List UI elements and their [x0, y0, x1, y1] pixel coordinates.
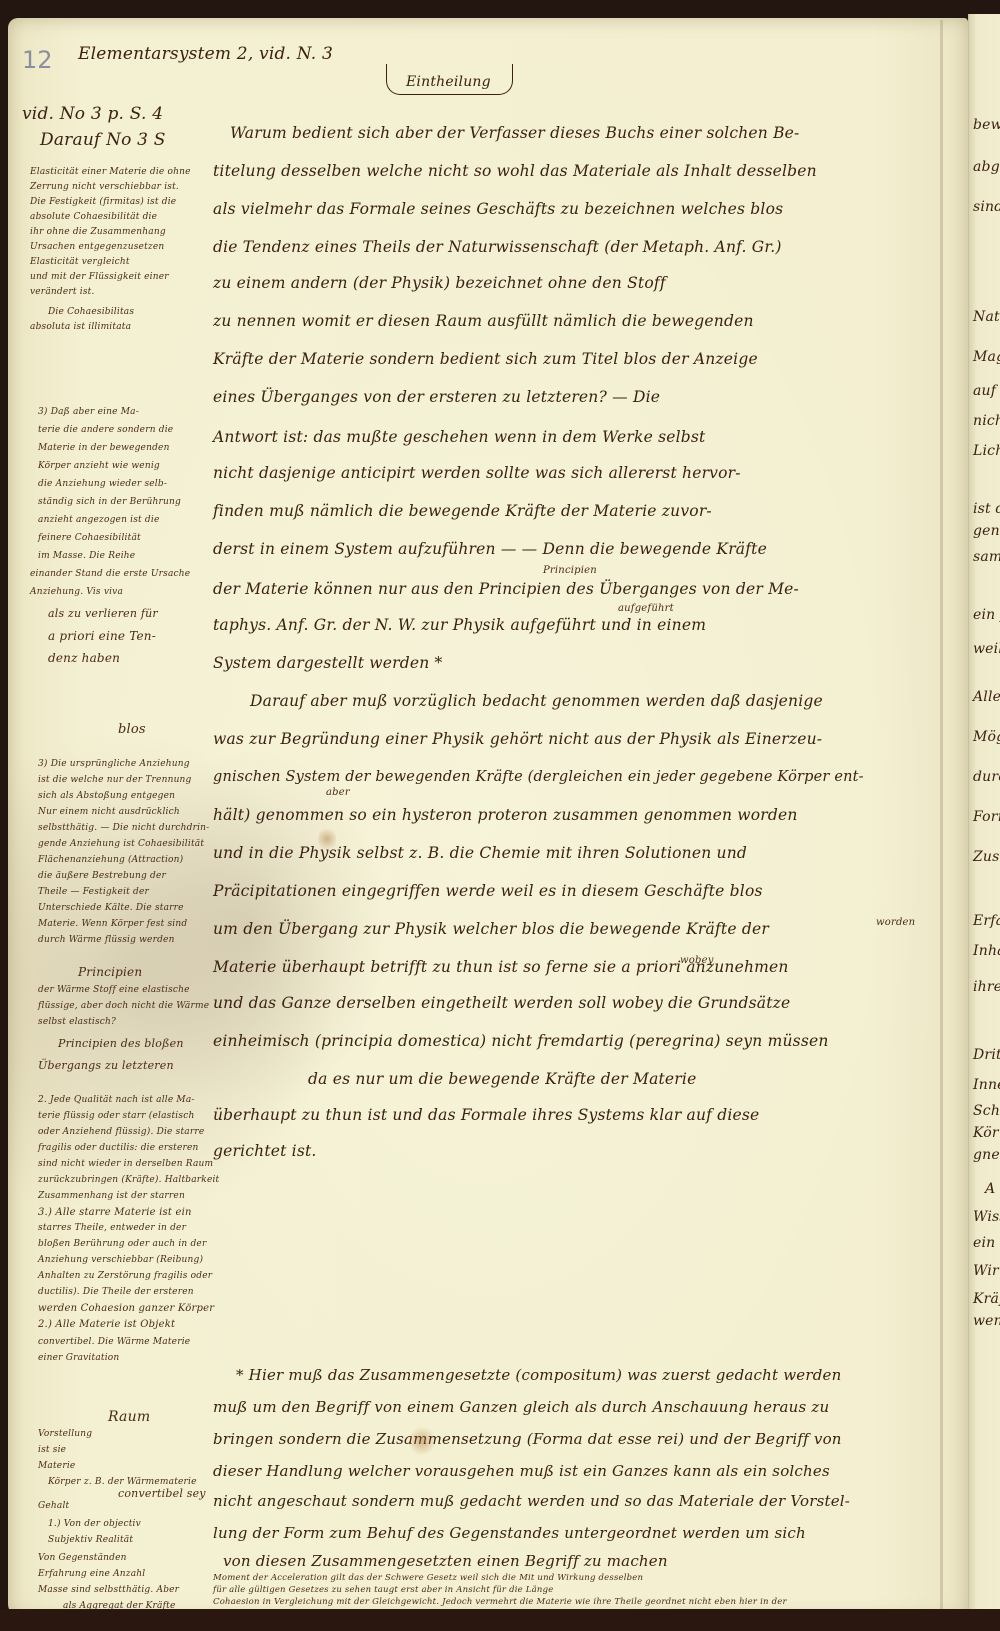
margin-note-line: bloßen Berührung oder auch in der [38, 1240, 206, 1249]
footnote-line: bringen sondern die Zusammensetzung (For… [213, 1432, 842, 1447]
margin-note-line: Unterschiede Kälte. Die starre [38, 904, 184, 913]
facing-page-fragment: Natur [973, 310, 1000, 324]
facing-page-fragment: Erfahr [973, 914, 1000, 928]
margin-note-line: terie flüssig oder starr (elastisch [38, 1112, 194, 1121]
margin-note-line: 1.) Von der objectiv [48, 1520, 141, 1529]
interlinear-insertion: worden [876, 918, 915, 928]
text-line: zu nennen womit er diesen Raum ausfüllt … [213, 314, 754, 330]
text-line: und das Ganze derselben eingetheilt werd… [213, 996, 790, 1012]
margin-note-line: die äußere Bestrebung der [38, 872, 166, 881]
margin-note-line: im Masse. Die Reihe [38, 552, 135, 561]
margin-note-line: werden Cohaesion ganzer Körper [38, 1304, 214, 1314]
margin-note-line: selbst elastisch? [38, 1018, 116, 1027]
footnote-line: dieser Handlung welcher vorausgehen muß … [213, 1464, 830, 1479]
facing-page-fragment: gnell [973, 1148, 1000, 1162]
margin-note-line: absolute Cohaesibilität die [30, 213, 157, 222]
facing-page-fragment: ein fo [973, 608, 1000, 622]
margin-note-line: ist die welche nur der Trennung [38, 776, 192, 785]
interlinear-insertion: aber [326, 788, 350, 798]
text-line: gerichtet ist. [213, 1144, 317, 1160]
margin-note-line: einander Stand die erste Ursache [30, 570, 190, 579]
facing-page-fragment: gen [973, 524, 1000, 538]
margin-note-line: Zusammenhang ist der starren [38, 1192, 185, 1201]
margin-note-line: 2.) Alle Materie ist Objekt [38, 1320, 175, 1330]
water-stain [408, 1426, 436, 1456]
text-line: hält) genommen so ein hysteron proteron … [213, 808, 798, 824]
margin-note-line: Theile — Festigkeit der [38, 888, 149, 897]
margin-note-line: Die Festigkeit (firmitas) ist die [30, 198, 176, 207]
facing-page-fragment: bewegl [973, 118, 1000, 132]
text-line: als vielmehr das Formale seines Geschäft… [213, 202, 783, 218]
margin-note-line: starres Theile, entweder in der [38, 1224, 186, 1233]
footnote-line: lung der Form zum Behuf des Gegenstandes… [213, 1526, 806, 1541]
manuscript-scan: 12 Elementarsystem 2, vid. N. 3 Eintheil… [0, 0, 1000, 1631]
margin-note-line: Gehalt [38, 1502, 69, 1511]
margin-note-line: Masse sind selbstthätig. Aber [38, 1586, 179, 1595]
facing-page-fragment: Zusa [973, 850, 1000, 864]
margin-note-line: 3) Die ursprüngliche Anziehung [38, 760, 190, 769]
margin-note-line: Materie [38, 1462, 75, 1471]
margin-note-line: Körper z. B. der Wärmematerie [48, 1478, 197, 1487]
margin-note-line: sind nicht wieder in derselben Raum [38, 1160, 213, 1169]
margin-note-line: gende Anziehung ist Cohaesibilität [38, 840, 204, 849]
footnote-small-line: für alle gültigen Gesetzes zu sehen taug… [213, 1586, 553, 1595]
margin-note-line: einer Gravitation [38, 1354, 119, 1363]
facing-page-fragment: Alle [973, 690, 1000, 704]
margin-note-line: Raum [108, 1410, 150, 1424]
margin-note-line: Principien [78, 966, 142, 978]
margin-note-line: convertibel sey [118, 1488, 206, 1499]
margin-note-line: Materie in der bewegenden [38, 444, 170, 453]
margin-note-line: Körper anzieht wie wenig [38, 462, 160, 471]
footnote-line: nicht angeschaut sondern muß gedacht wer… [213, 1494, 850, 1509]
text-line: die Tendenz eines Theils der Naturwissen… [213, 240, 782, 256]
margin-reference: Darauf No 3 S [40, 132, 166, 149]
facing-page-fragment: Lichte [973, 444, 1000, 458]
margin-note-line: Principien des bloßen [58, 1038, 184, 1049]
margin-note-line: convertibel. Die Wärme Materie [38, 1338, 190, 1347]
ink-stain [318, 826, 336, 852]
text-line: um den Übergang zur Physik welcher blos … [213, 922, 769, 938]
facing-page-fragment: sind [973, 200, 1000, 214]
margin-note-line: Nur einem nicht ausdrücklich [38, 808, 180, 817]
interlinear-insertion: aufgeführt [618, 604, 674, 614]
facing-page-fragment: Wir [973, 1264, 999, 1278]
margin-note-line: als zu verlieren für [48, 608, 158, 619]
facing-page-fragment: Kräft [973, 1292, 1000, 1306]
margin-note-line: Zerrung nicht verschiebbar ist. [30, 183, 179, 192]
margin-note-line: flüssige, aber doch nicht die Wärme [38, 1002, 209, 1011]
interlinear-insertion: Principien [543, 566, 597, 576]
margin-note-line: sich als Abstoßung entgegen [38, 792, 175, 801]
text-line: gnischen System der bewegenden Kräfte (d… [213, 770, 864, 785]
margin-note-line: Erfahrung eine Anzahl [38, 1570, 145, 1579]
margin-note-line: 3) Daß aber eine Ma- [38, 408, 139, 417]
margin-note-line: Flächenanziehung (Attraction) [38, 856, 183, 865]
text-line: derst in einem System aufzuführen — — De… [213, 542, 767, 558]
margin-note-line: denz haben [48, 652, 120, 664]
margin-note-line: Anhalten zu Zerstörung fragilis oder [38, 1272, 212, 1281]
section-heading: Eintheilung [406, 74, 491, 90]
facing-page-edge: bewegl abge sind Natur Mag auf nich Lich… [968, 14, 1000, 1614]
margin-note-line: zurückzubringen (Kräfte). Haltbarkeit [38, 1176, 219, 1185]
footnote-line: * Hier muß das Zusammengesetzte (composi… [236, 1368, 841, 1383]
facing-page-fragment: samm [973, 550, 1000, 564]
text-line: finden muß nämlich die bewegende Kräfte … [213, 504, 712, 520]
margin-note-line: ihr ohne die Zusammenhang [30, 228, 166, 237]
facing-page-fragment: ihre [973, 980, 1000, 994]
facing-page-fragment: durch [973, 770, 1000, 784]
margin-note-line: Vorstellung [38, 1430, 92, 1439]
margin-note-line: die Anziehung wieder selb- [38, 480, 167, 489]
page-fold [940, 20, 943, 1615]
page-header: Elementarsystem 2, vid. N. 3 [78, 44, 333, 64]
margin-note-line: und mit der Flüssigkeit einer [30, 273, 169, 282]
facing-page-fragment: A [985, 1182, 995, 1196]
margin-note-line: Elasticität vergleicht [30, 258, 130, 267]
footnote-small-line: Cohaesion in Vergleichung mit der Gleich… [213, 1598, 787, 1607]
footnote-line: muß um den Begriff von einem Ganzen glei… [213, 1400, 829, 1415]
facing-page-fragment: auf [973, 384, 996, 398]
margin-note-line: fragilis oder ductilis: die ersteren [38, 1144, 199, 1153]
text-line: Kräfte der Materie sondern bedient sich … [213, 352, 758, 368]
margin-note-line: Materie. Wenn Körper fest sind [38, 920, 187, 929]
text-line: Warum bedient sich aber der Verfasser di… [230, 126, 799, 142]
margin-note-line: ständig sich in der Berührung [38, 498, 181, 507]
margin-note-line: blos [118, 723, 146, 736]
margin-note-line: verändert ist. [30, 288, 95, 297]
facing-page-fragment: weil [973, 642, 1000, 656]
facing-page-fragment: Dritt [973, 1048, 1000, 1062]
margin-note-line: selbstthätig. — Die nicht durchdrin- [38, 824, 209, 833]
text-line: da es nur um die bewegende Kräfte der Ma… [308, 1072, 696, 1088]
margin-note-line: Von Gegenständen [38, 1554, 127, 1563]
text-line: zu einem andern (der Physik) bezeichnet … [213, 276, 666, 292]
facing-page-fragment: ein [973, 1236, 995, 1250]
facing-page-fragment: Form [973, 810, 1000, 824]
text-line: Antwort ist: das mußte geschehen wenn in… [213, 430, 705, 446]
footnote-line: von diesen Zusammengesetzten einen Begri… [223, 1554, 668, 1569]
text-line: was zur Begründung einer Physik gehört n… [213, 732, 822, 748]
facing-page-fragment: Inhalt [973, 944, 1000, 958]
manuscript-page: 12 Elementarsystem 2, vid. N. 3 Eintheil… [8, 18, 968, 1618]
margin-note-line: absoluta ist illimitata [30, 323, 131, 332]
margin-note-line: Elasticität einer Materie die ohne [30, 168, 191, 177]
text-line: titelung desselben welche nicht so wohl … [213, 164, 817, 180]
text-line: der Materie können nur aus den Principie… [213, 582, 799, 598]
text-line: einheimisch (principia domestica) nicht … [213, 1034, 829, 1050]
facing-page-fragment: wenn [973, 1314, 1000, 1328]
text-line: taphys. Anf. Gr. der N. W. zur Physik au… [213, 618, 706, 634]
text-line: überhaupt zu thun ist und das Formale ih… [213, 1108, 759, 1124]
margin-note-line: anzieht angezogen ist die [38, 516, 159, 525]
interlinear-insertion: wobey [680, 956, 714, 966]
margin-note-line: Ursachen entgegenzusetzen [30, 243, 164, 252]
facing-page-fragment: abge [973, 160, 1000, 174]
scan-background-bottom [0, 1609, 1000, 1631]
folio-number: 12 [22, 46, 53, 74]
margin-note-line: Anziehung. Vis viva [30, 588, 123, 597]
facing-page-fragment: Schub [973, 1104, 1000, 1118]
facing-page-fragment: Kör [973, 1126, 999, 1140]
margin-note-line: 3.) Alle starre Materie ist ein [38, 1208, 192, 1218]
margin-note-line: Die Cohaesibilitas [48, 308, 134, 317]
text-line: nicht dasjenige anticipirt werden sollte… [213, 466, 741, 482]
text-line: Darauf aber muß vorzüglich bedacht genom… [250, 694, 823, 710]
text-line: und in die Physik selbst z. B. die Chemi… [213, 846, 747, 862]
margin-note-line: oder Anziehend flüssig). Die starre [38, 1128, 204, 1137]
margin-note-line: 2. Jede Qualität nach ist alle Ma- [38, 1096, 195, 1105]
text-line: eines Überganges von der ersteren zu let… [213, 390, 660, 406]
facing-page-fragment: ist die [973, 502, 1000, 516]
facing-page-fragment: Inne [973, 1078, 1000, 1092]
facing-page-fragment: Mögl [973, 730, 1000, 744]
facing-page-fragment: Wiss [973, 1210, 1000, 1224]
margin-note-line: a priori eine Ten- [48, 630, 156, 642]
margin-note-line: der Wärme Stoff eine elastische [38, 986, 190, 995]
margin-note-line: ductilis). Die Theile der ersteren [38, 1288, 194, 1297]
margin-note-line: Subjektiv Realität [48, 1536, 133, 1545]
margin-reference: vid. No 3 p. S. 4 [22, 106, 163, 123]
margin-note-line: ist sie [38, 1446, 66, 1455]
facing-page-fragment: Mag [973, 350, 1000, 364]
footnote-small-line: Moment der Acceleration gilt das der Sch… [213, 1574, 643, 1583]
margin-note-line: Übergangs zu letzteren [38, 1060, 174, 1071]
text-line: Präcipitationen eingegriffen werde weil … [213, 884, 763, 900]
text-line: System dargestellt werden * [213, 656, 442, 672]
margin-note-line: Anziehung verschiebbar (Reibung) [38, 1256, 203, 1265]
margin-note-line: feinere Cohaesibilität [38, 534, 141, 543]
facing-page-fragment: nich [973, 414, 1000, 428]
margin-note-line: durch Wärme flüssig werden [38, 936, 175, 945]
margin-note-line: terie die andere sondern die [38, 426, 173, 435]
